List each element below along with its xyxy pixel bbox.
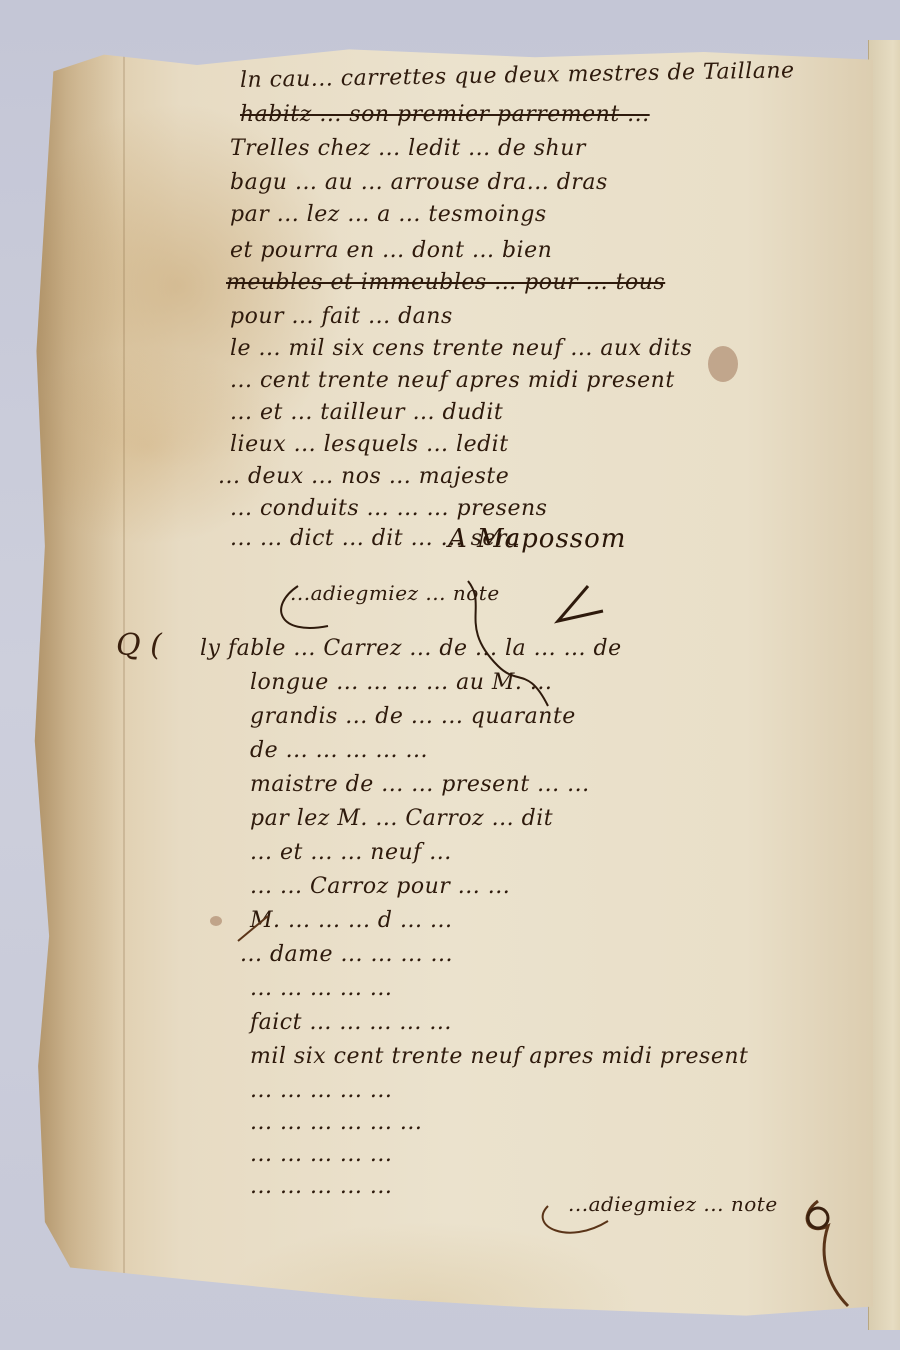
manuscript-line: maistre de ... ... present ... ... bbox=[250, 772, 590, 797]
manuscript-line: par lez M. ... Carroz ... dit bbox=[250, 806, 553, 831]
manuscript-line: ... ... ... ... ... ... bbox=[250, 1110, 422, 1135]
manuscript-line: ... ... ... ... ... bbox=[250, 1078, 392, 1103]
manuscript-line: ... ... ... ... ... bbox=[250, 976, 392, 1001]
manuscript-line: ... ... ... ... ... bbox=[250, 1142, 392, 1167]
manuscript-line: ly fable ... Carrez ... de ... la ... ..… bbox=[200, 636, 622, 661]
manuscript-line: ... dame ... ... ... ... bbox=[240, 942, 453, 967]
manuscript-line: mil six cent trente neuf apres midi pres… bbox=[250, 1044, 748, 1069]
manuscript-page: ln cau... carrettes que deux mestres de … bbox=[28, 26, 873, 1326]
manuscript-line: longue ... ... ... ... au M. ... bbox=[250, 670, 552, 695]
manuscript-line: grandis ... de ... ... quarante bbox=[250, 704, 576, 729]
manuscript-line: de ... ... ... ... ... bbox=[250, 738, 428, 763]
manuscript-line: M. ... ... ... d ... ... bbox=[250, 908, 452, 933]
margin-mark: Q ( bbox=[116, 628, 162, 663]
manuscript-line: faict ... ... ... ... ... bbox=[250, 1010, 452, 1035]
manuscript-line: ... et ... ... neuf ... bbox=[250, 840, 452, 865]
manuscript-line: ... ... Carroz pour ... ... bbox=[250, 874, 510, 899]
closing-note: ...adiegmiez ... note bbox=[568, 1192, 778, 1216]
manuscript-line: ... ... ... ... ... bbox=[250, 1174, 392, 1199]
second-act: Q ( ly fable ... Carrez ... de ... la ..… bbox=[28, 26, 873, 1326]
